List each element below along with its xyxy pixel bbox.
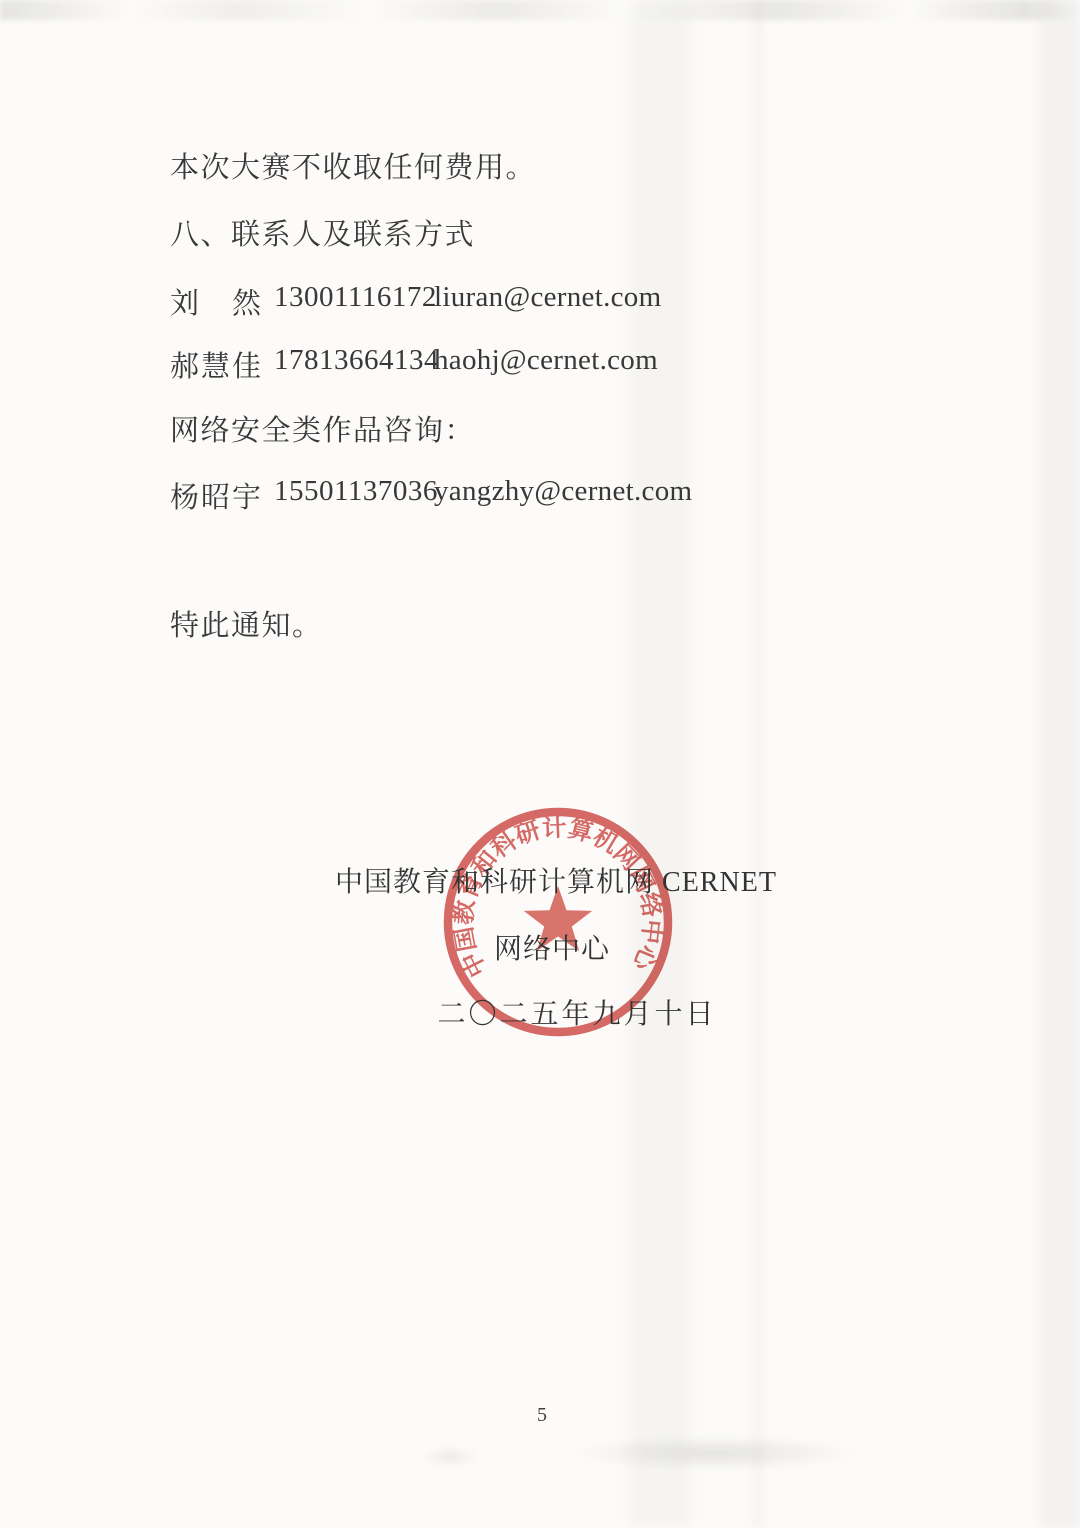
scan-artifact-vertical-line: [752, 0, 764, 1528]
contact-row: 杨昭宇 15501137036 yangzhy@cernet.com: [170, 475, 692, 516]
page-number: 5: [537, 1404, 547, 1427]
contact-name: 刘 然: [170, 281, 274, 322]
scan-artifact-bottom-smudge-small: [420, 1446, 480, 1468]
contact-phone: 17813664134: [274, 344, 434, 385]
contact-name: 杨昭宇: [170, 475, 274, 516]
signature-date-line: 二〇二五年九月十日: [437, 992, 716, 1032]
contact-phone: 13001116172: [274, 281, 434, 322]
document-page: 本次大赛不收取任何费用。 八、联系人及联系方式 刘 然 13001116172 …: [0, 0, 1080, 1528]
fee-note-text: 本次大赛不收取任何费用。: [170, 145, 536, 186]
contact-email: yangzhy@cernet.com: [434, 475, 692, 516]
signature-org-line: 中国教育和科研计算机网 CERNET: [335, 860, 777, 900]
security-consult-label: 网络安全类作品咨询：: [170, 408, 475, 449]
contact-row: 郝慧佳 17813664134 haohj@cernet.com: [170, 344, 658, 385]
scan-artifact-right-edge: [1040, 0, 1080, 1528]
contact-email: liuran@cernet.com: [434, 281, 661, 322]
scan-artifact-vertical-band: [630, 0, 690, 1528]
closing-text: 特此通知。: [170, 603, 323, 644]
contact-row: 刘 然 13001116172 liuran@cernet.com: [170, 281, 661, 322]
signature-dept-line: 网络中心: [494, 927, 610, 967]
scan-artifact-bottom-smudge: [575, 1436, 855, 1470]
contact-name: 郝慧佳: [170, 344, 274, 385]
contact-phone: 15501137036: [274, 475, 434, 516]
section-heading: 八、联系人及联系方式: [170, 212, 475, 253]
contact-email: haohj@cernet.com: [434, 344, 658, 385]
scan-artifact-top: [0, 0, 1080, 20]
